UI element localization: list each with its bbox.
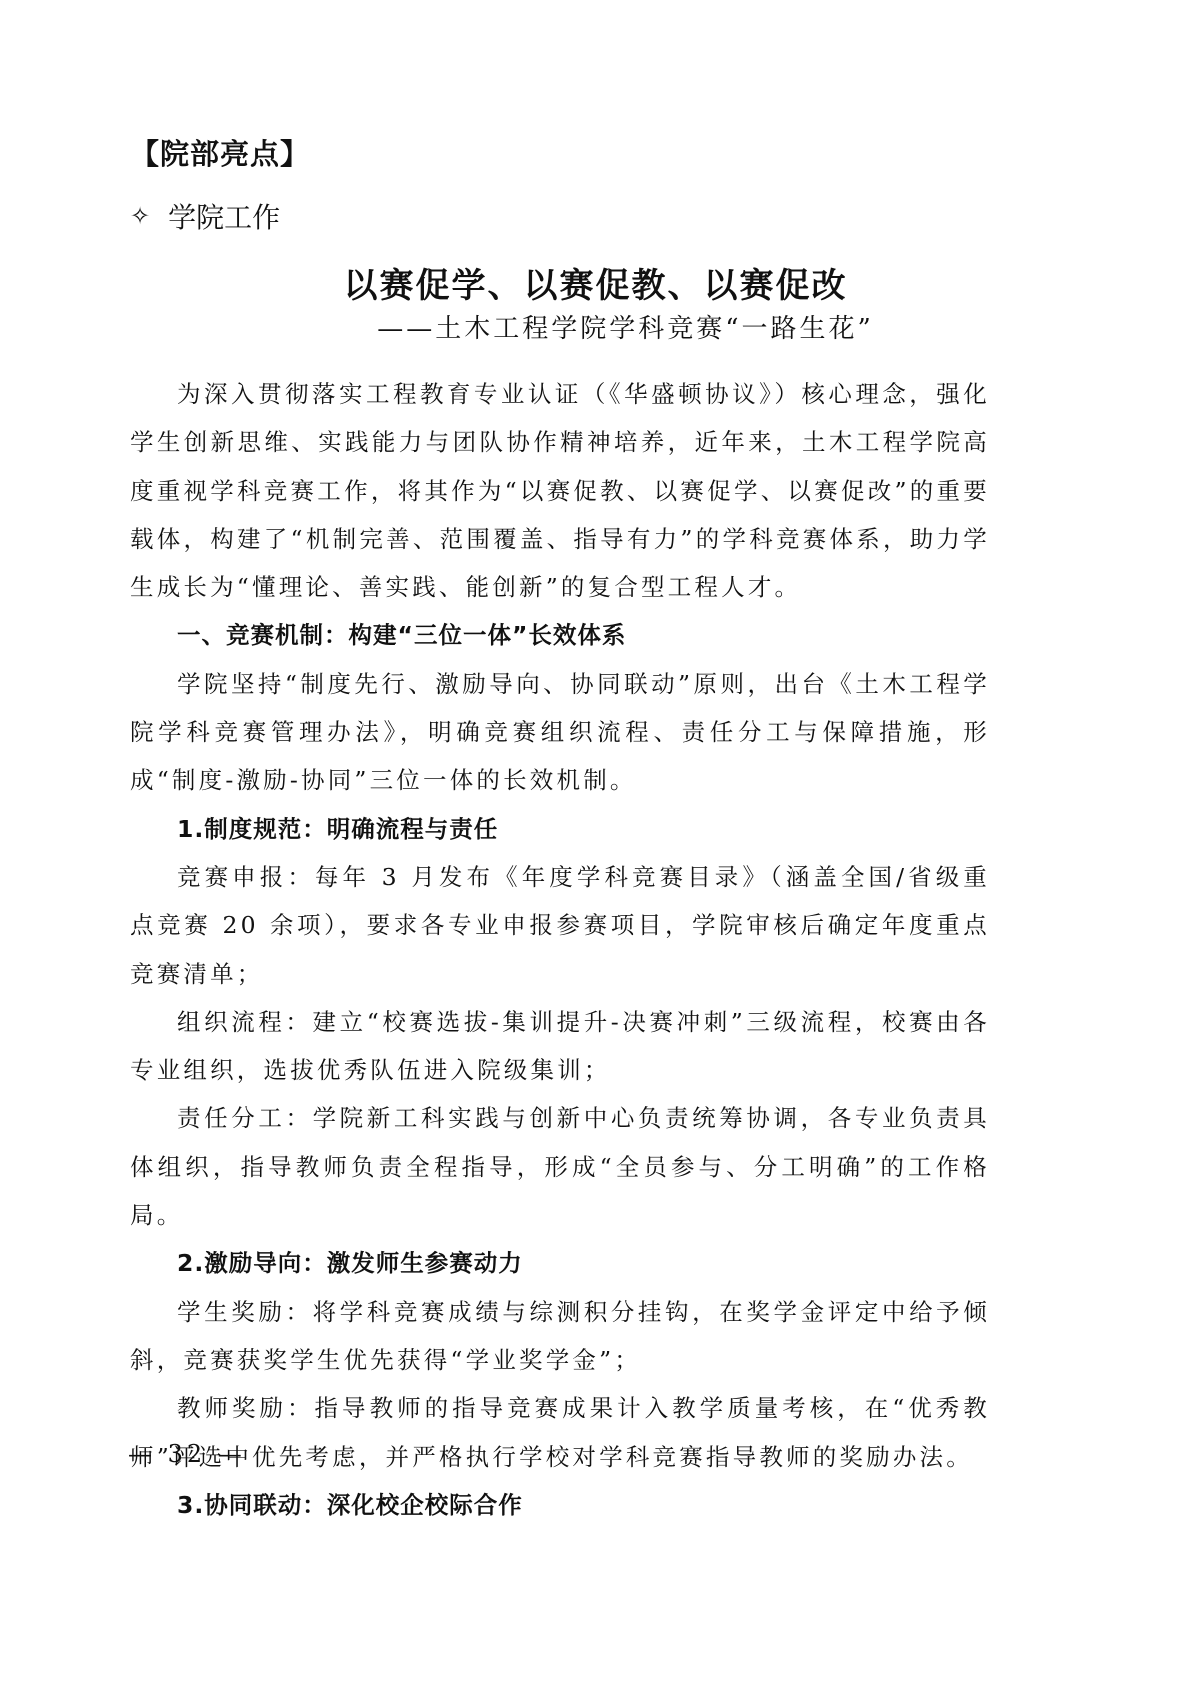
paragraph-teacher-rewards: 教师奖励：指导教师的指导竞赛成果计入教学质量考核，在“优秀教师”评选中优先考虑，… bbox=[130, 1384, 990, 1481]
subsection-heading: ✧ 学院工作 bbox=[130, 196, 280, 236]
paragraph-responsibility: 责任分工：学院新工科实践与创新中心负责统筹协调，各专业负责具体组织，指导教师负责… bbox=[130, 1094, 990, 1239]
article-title: 以赛促学、以赛促教、以赛促改 bbox=[0, 258, 1191, 307]
heading-incentives: 2.激励导向：激发师生参赛动力 bbox=[130, 1239, 990, 1287]
heading-institutional-norms: 1.制度规范：明确流程与责任 bbox=[130, 805, 990, 853]
heading-competition-mechanism: 一、竞赛机制：构建“三位一体”长效体系 bbox=[130, 611, 990, 659]
four-pointed-star-icon: ✧ bbox=[130, 202, 150, 230]
paragraph-application: 竞赛申报：每年 3 月发布《年度学科竞赛目录》（涵盖全国/省级重点竞赛 20 余… bbox=[130, 853, 990, 998]
document-page: 【院部亮点】 ✧ 学院工作 以赛促学、以赛促教、以赛促改 ——土木工程学院学科竞… bbox=[0, 0, 1191, 1684]
paragraph-student-rewards: 学生奖励：将学科竞赛成绩与综测积分挂钩，在奖学金评定中给予倾斜，竞赛获奖学生优先… bbox=[130, 1288, 990, 1385]
heading-collaboration: 3.协同联动：深化校企校际合作 bbox=[130, 1481, 990, 1529]
page-number: — 32 — bbox=[128, 1440, 246, 1468]
paragraph-organization: 组织流程：建立“校赛选拔-集训提升-决赛冲刺”三级流程，校赛由各专业组织，选拔优… bbox=[130, 998, 990, 1095]
section-tag: 【院部亮点】 bbox=[130, 132, 310, 173]
subsection-label: 学院工作 bbox=[168, 196, 280, 236]
paragraph-intro: 为深入贯彻落实工程教育专业认证（《华盛顿协议》）核心理念，强化学生创新思维、实践… bbox=[130, 370, 990, 611]
article-subtitle: ——土木工程学院学科竞赛“一路生花” bbox=[0, 308, 1191, 345]
paragraph-mechanism: 学院坚持“制度先行、激励导向、协同联动”原则，出台《土木工程学院学科竞赛管理办法… bbox=[130, 660, 990, 805]
article-body: 为深入贯彻落实工程教育专业认证（《华盛顿协议》）核心理念，强化学生创新思维、实践… bbox=[130, 370, 990, 1529]
